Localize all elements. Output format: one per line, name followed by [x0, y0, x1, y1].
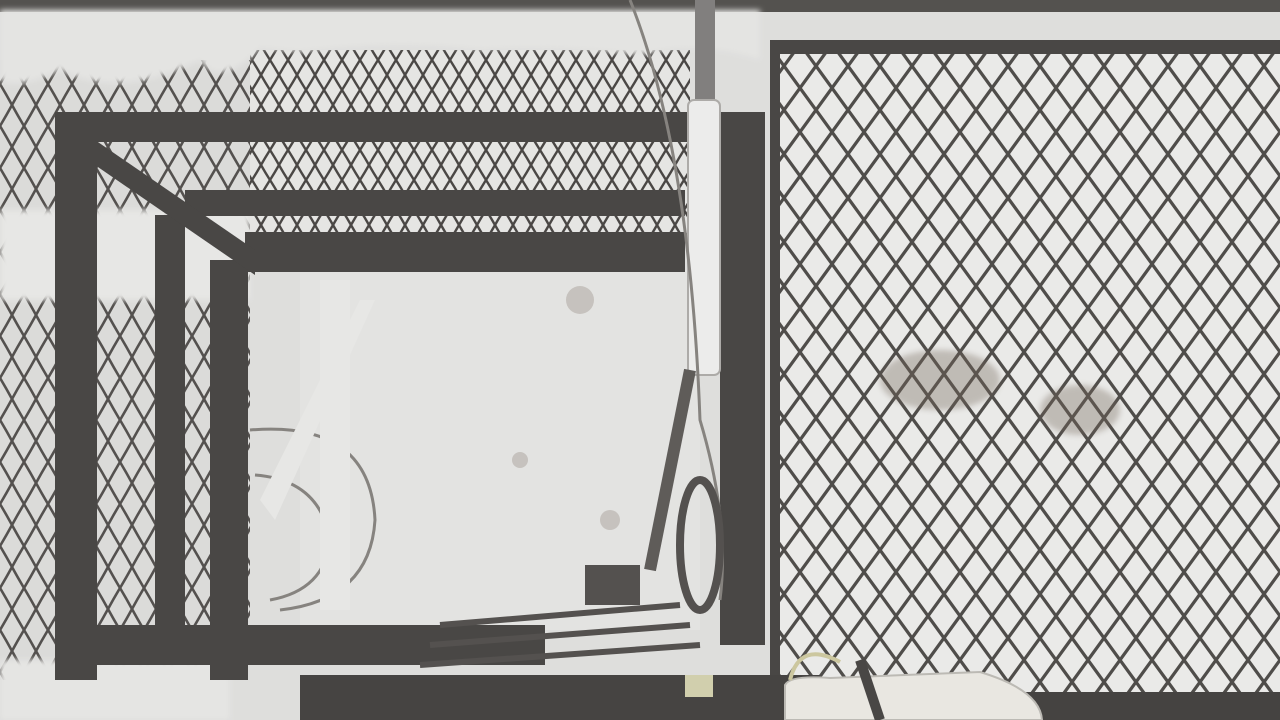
photo-scene — [0, 0, 1280, 720]
scene-graphic — [0, 0, 1280, 720]
